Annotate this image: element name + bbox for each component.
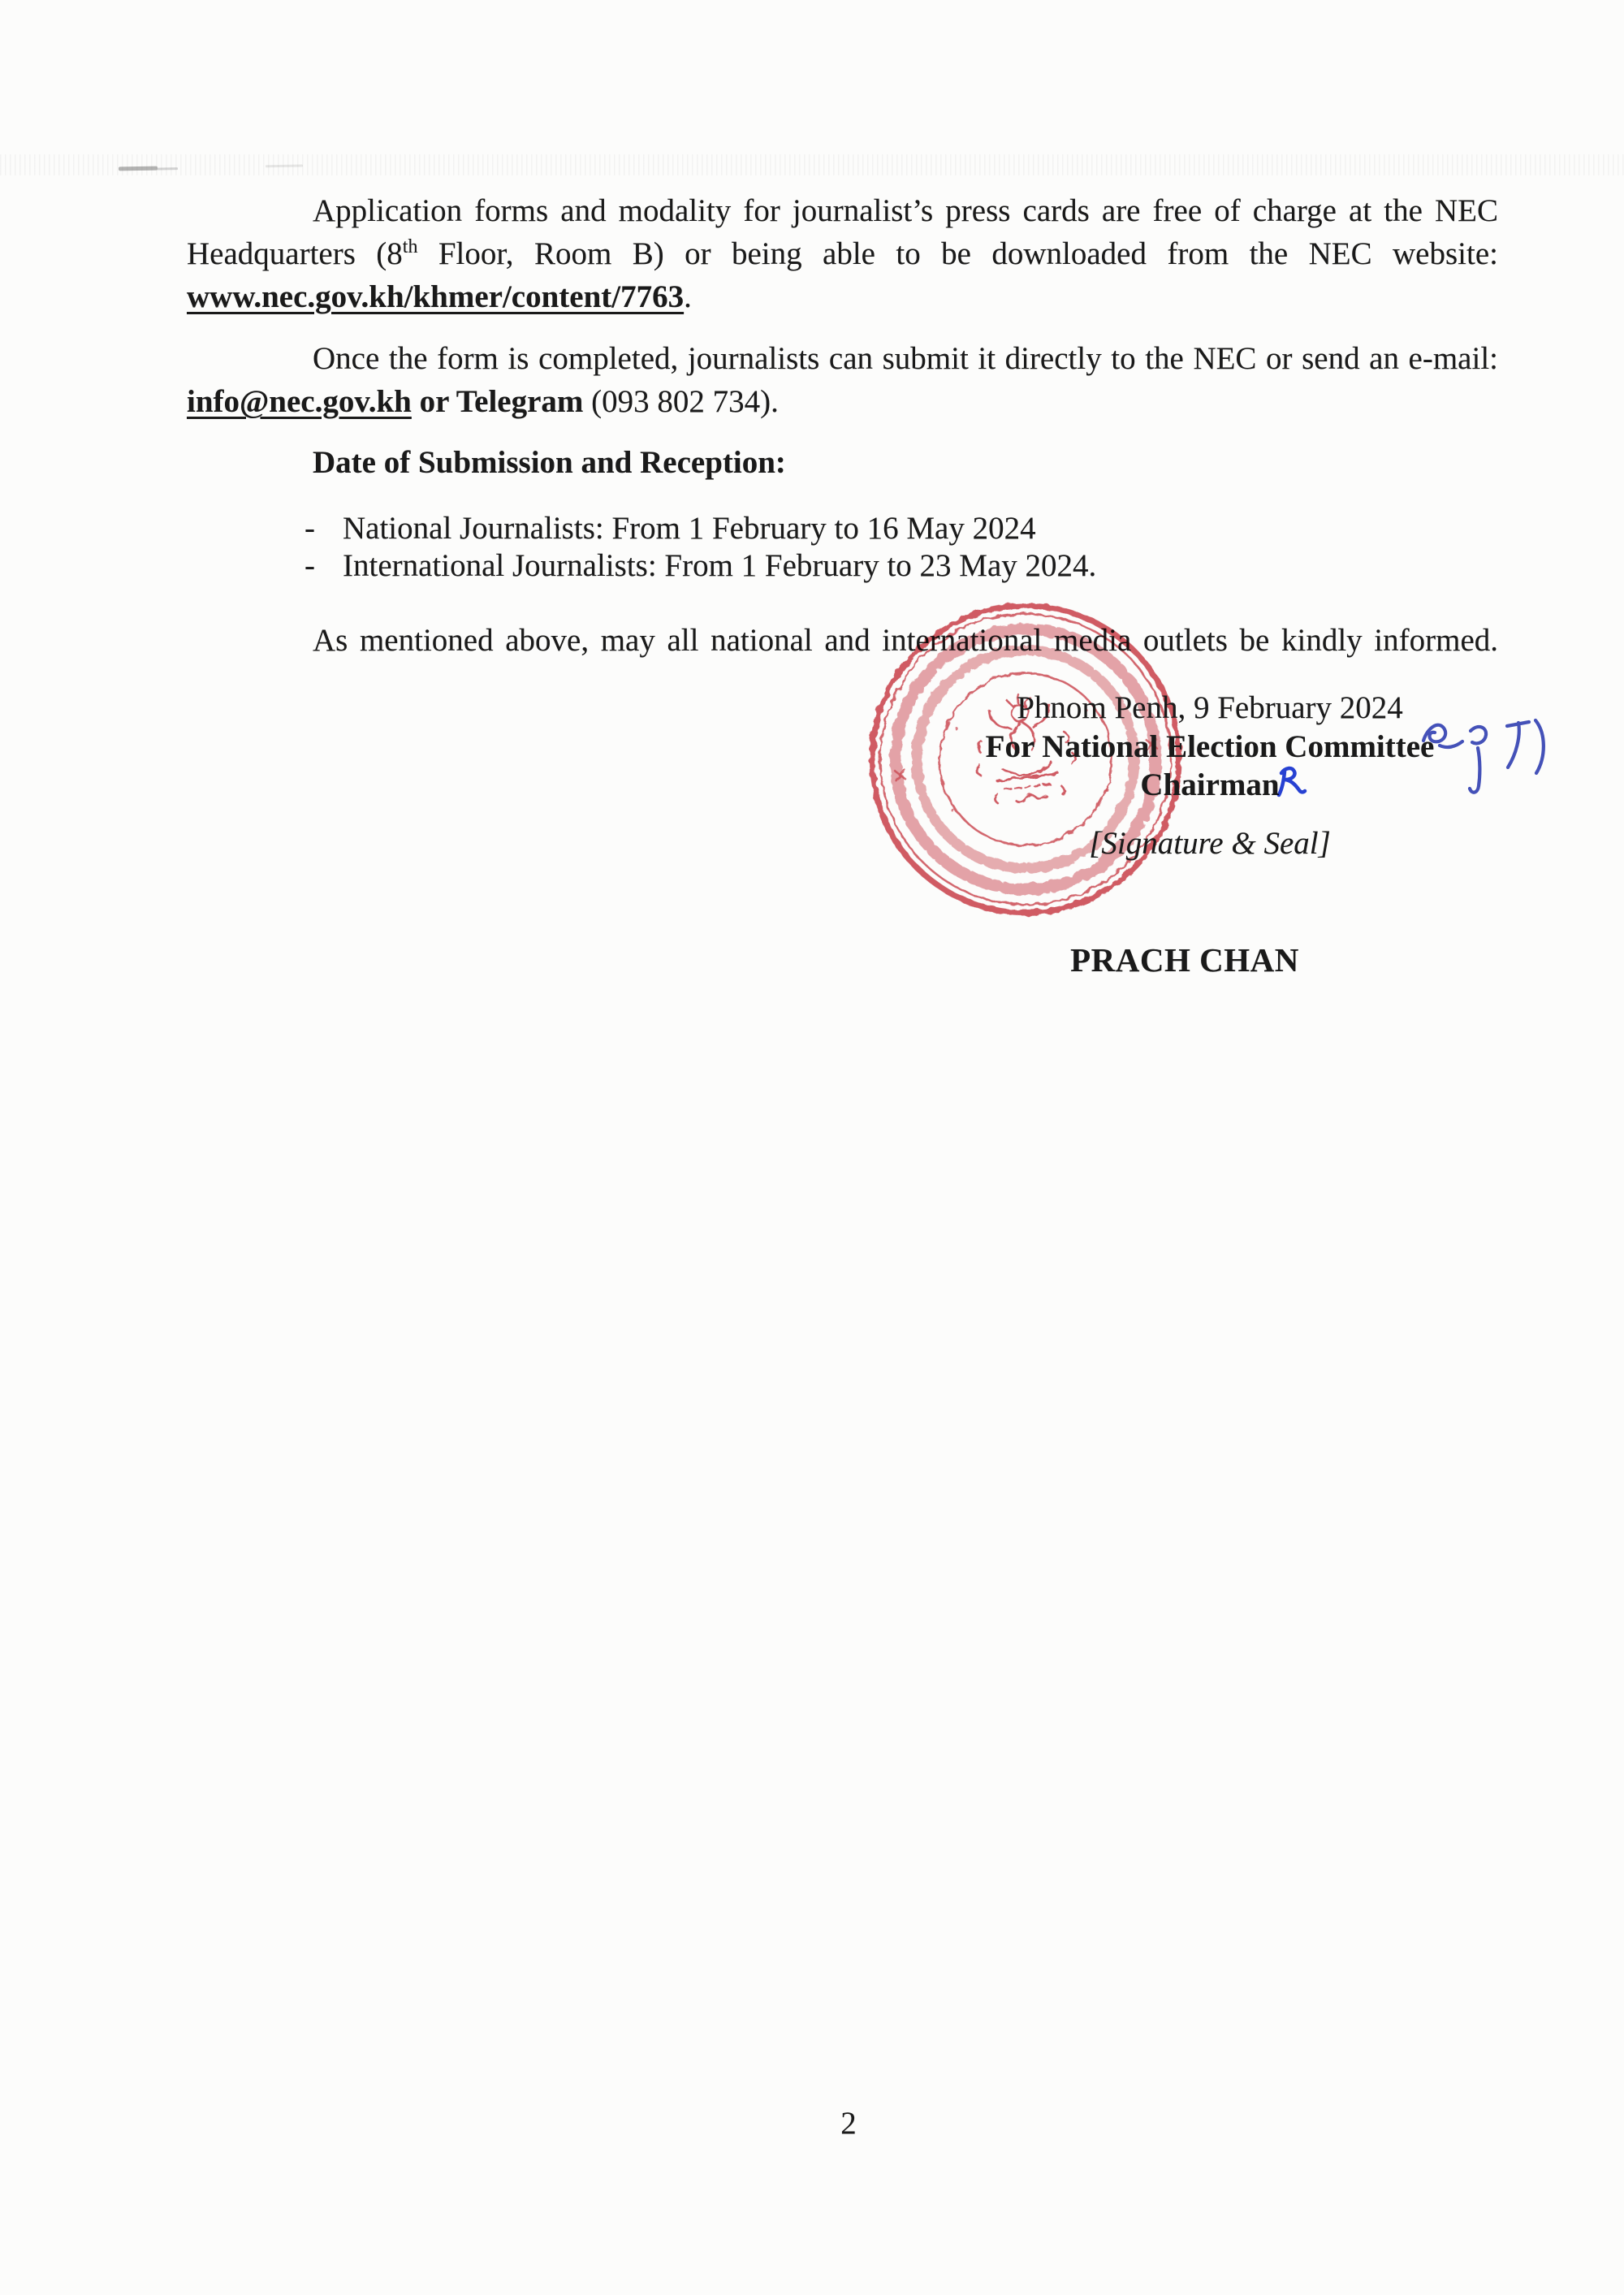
list-item-international: -International Journalists: From 1 Febru… <box>304 547 1360 585</box>
paragraph-2-line-2: info@nec.gov.kh or Telegram (093 802 734… <box>187 380 1498 423</box>
list-item-text: International Journalists: From 1 Februa… <box>343 548 1096 583</box>
paragraph-1-line-3: www.nec.gov.kh/khmer/content/7763. <box>187 275 1498 318</box>
signature-seal-note: [Signature & Seal] <box>926 824 1494 862</box>
paragraph-1-line-2: Headquarters (8th Floor, Room B) or bein… <box>187 232 1498 275</box>
chairman-name: PRACH CHAN <box>901 940 1469 979</box>
paragraph-3: As mentioned above, may all national and… <box>187 619 1498 662</box>
list-item-national: -National Journalists: From 1 February t… <box>304 510 1360 547</box>
list-dash: - <box>304 510 343 547</box>
telegram-label: or Telegram <box>412 384 584 419</box>
page-number: 2 <box>767 2105 930 2142</box>
list-dash: - <box>304 547 343 585</box>
list-item-text: National Journalists: From 1 February to… <box>343 511 1036 546</box>
chairman-ink-signature <box>1257 695 1590 809</box>
section-heading: Date of Submission and Reception: <box>313 441 786 484</box>
paragraph-1-text: Application forms and modality for journ… <box>313 193 1498 228</box>
period: . <box>684 279 692 314</box>
scanned-document-page: Application forms and modality for journ… <box>0 0 1624 2295</box>
paragraph-1-text: Headquarters (8 <box>187 236 403 271</box>
ordinal-superscript: th <box>403 236 418 257</box>
scan-artifact-mark <box>119 166 158 171</box>
telegram-number: (093 802 734). <box>583 384 778 419</box>
paragraph-1-text: Floor, Room B) or being able to be downl… <box>417 236 1498 271</box>
paragraph-2-line-1: Once the form is completed, journalists … <box>187 337 1498 380</box>
nec-website-link[interactable]: www.nec.gov.kh/khmer/content/7763 <box>187 279 684 314</box>
scan-noise-band <box>0 154 1624 175</box>
initial-mark <box>1279 768 1305 795</box>
paragraph-1-line-1: Application forms and modality for journ… <box>187 189 1498 232</box>
paragraph-2-text: Once the form is completed, journalists … <box>313 341 1498 376</box>
nec-email-link[interactable]: info@nec.gov.kh <box>187 384 412 419</box>
